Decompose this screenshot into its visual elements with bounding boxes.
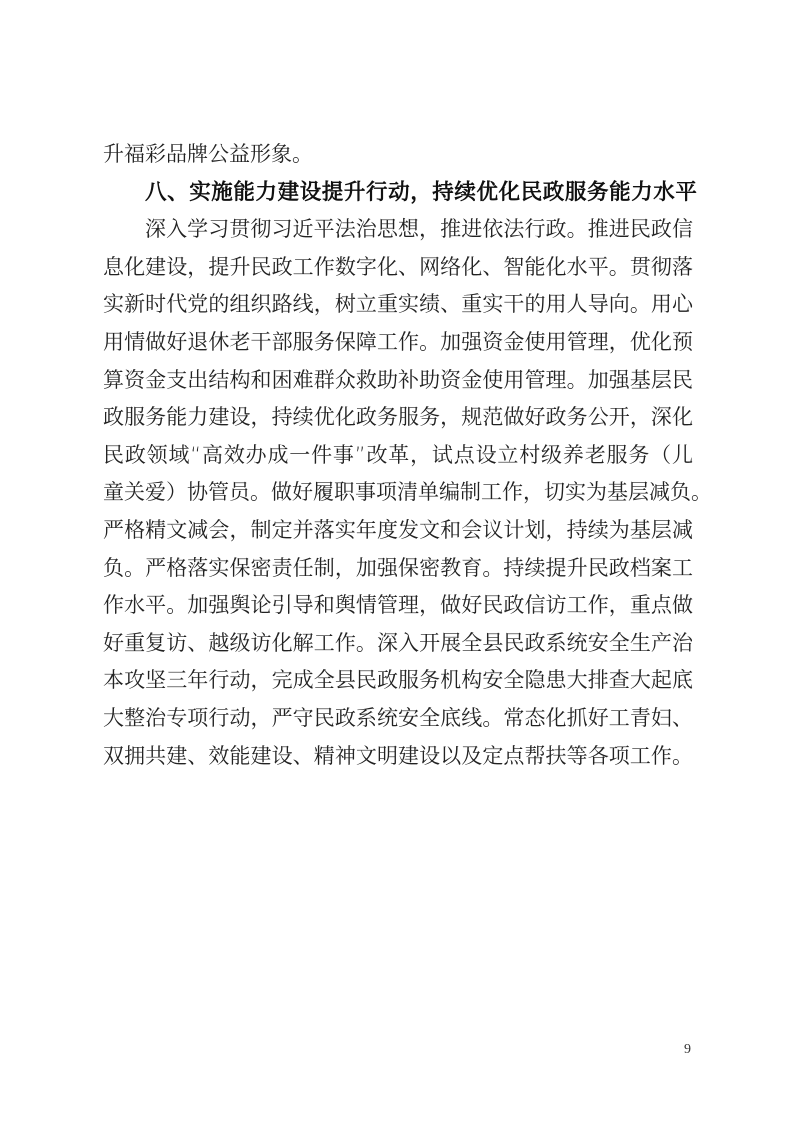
document-body: 升福彩品牌公益形象。 八、实施能力建设提升行动，持续优化民政服务能力水平 深入学… xyxy=(103,136,693,775)
paragraph-line: 本攻坚三年行动，完成全县民政服务机构安全隐患大排查大起底 xyxy=(103,662,693,700)
paragraph-tail-line: 升福彩品牌公益形象。 xyxy=(103,136,693,174)
paragraph-line: 负。严格落实保密责任制，加强保密教育。持续提升民政档案工 xyxy=(103,550,693,588)
paragraph-line: 实新时代党的组织路线，树立重实绩、重实干的用人导向。用心 xyxy=(103,286,693,324)
paragraph-line: 好重复访、越级访化解工作。深入开展全县民政系统安全生产治 xyxy=(103,625,693,663)
paragraph-line: 童关爱）协管员。做好履职事项清单编制工作，切实为基层减负。 xyxy=(103,474,693,512)
document-page: 升福彩品牌公益形象。 八、实施能力建设提升行动，持续优化民政服务能力水平 深入学… xyxy=(0,0,793,1122)
paragraph-line: 算资金支出结构和困难群众救助补助资金使用管理。加强基层民 xyxy=(103,362,693,400)
paragraph-line: 严格精文减会，制定并落实年度发文和会议计划，持续为基层减 xyxy=(103,512,693,550)
page-number: 9 xyxy=(684,1042,691,1058)
paragraph-line: 民政领域“高效办成一件事”改革，试点设立村级养老服务（儿 xyxy=(103,437,693,475)
paragraph-line: 息化建设，提升民政工作数字化、网络化、智能化水平。贯彻落 xyxy=(103,249,693,287)
paragraph-line: 作水平。加强舆论引导和舆情管理，做好民政信访工作，重点做 xyxy=(103,587,693,625)
section-heading: 八、实施能力建设提升行动，持续优化民政服务能力水平 xyxy=(103,174,693,212)
paragraph-line: 双拥共建、效能建设、精神文明建设以及定点帮扶等各项工作。 xyxy=(103,738,693,776)
paragraph-line: 大整治专项行动，严守民政系统安全底线。常态化抓好工青妇、 xyxy=(103,700,693,738)
paragraph-line: 政服务能力建设，持续优化政务服务，规范做好政务公开，深化 xyxy=(103,399,693,437)
paragraph-line: 深入学习贯彻习近平法治思想，推进依法行政。推进民政信 xyxy=(103,211,693,249)
paragraph-line: 用情做好退休老干部服务保障工作。加强资金使用管理，优化预 xyxy=(103,324,693,362)
